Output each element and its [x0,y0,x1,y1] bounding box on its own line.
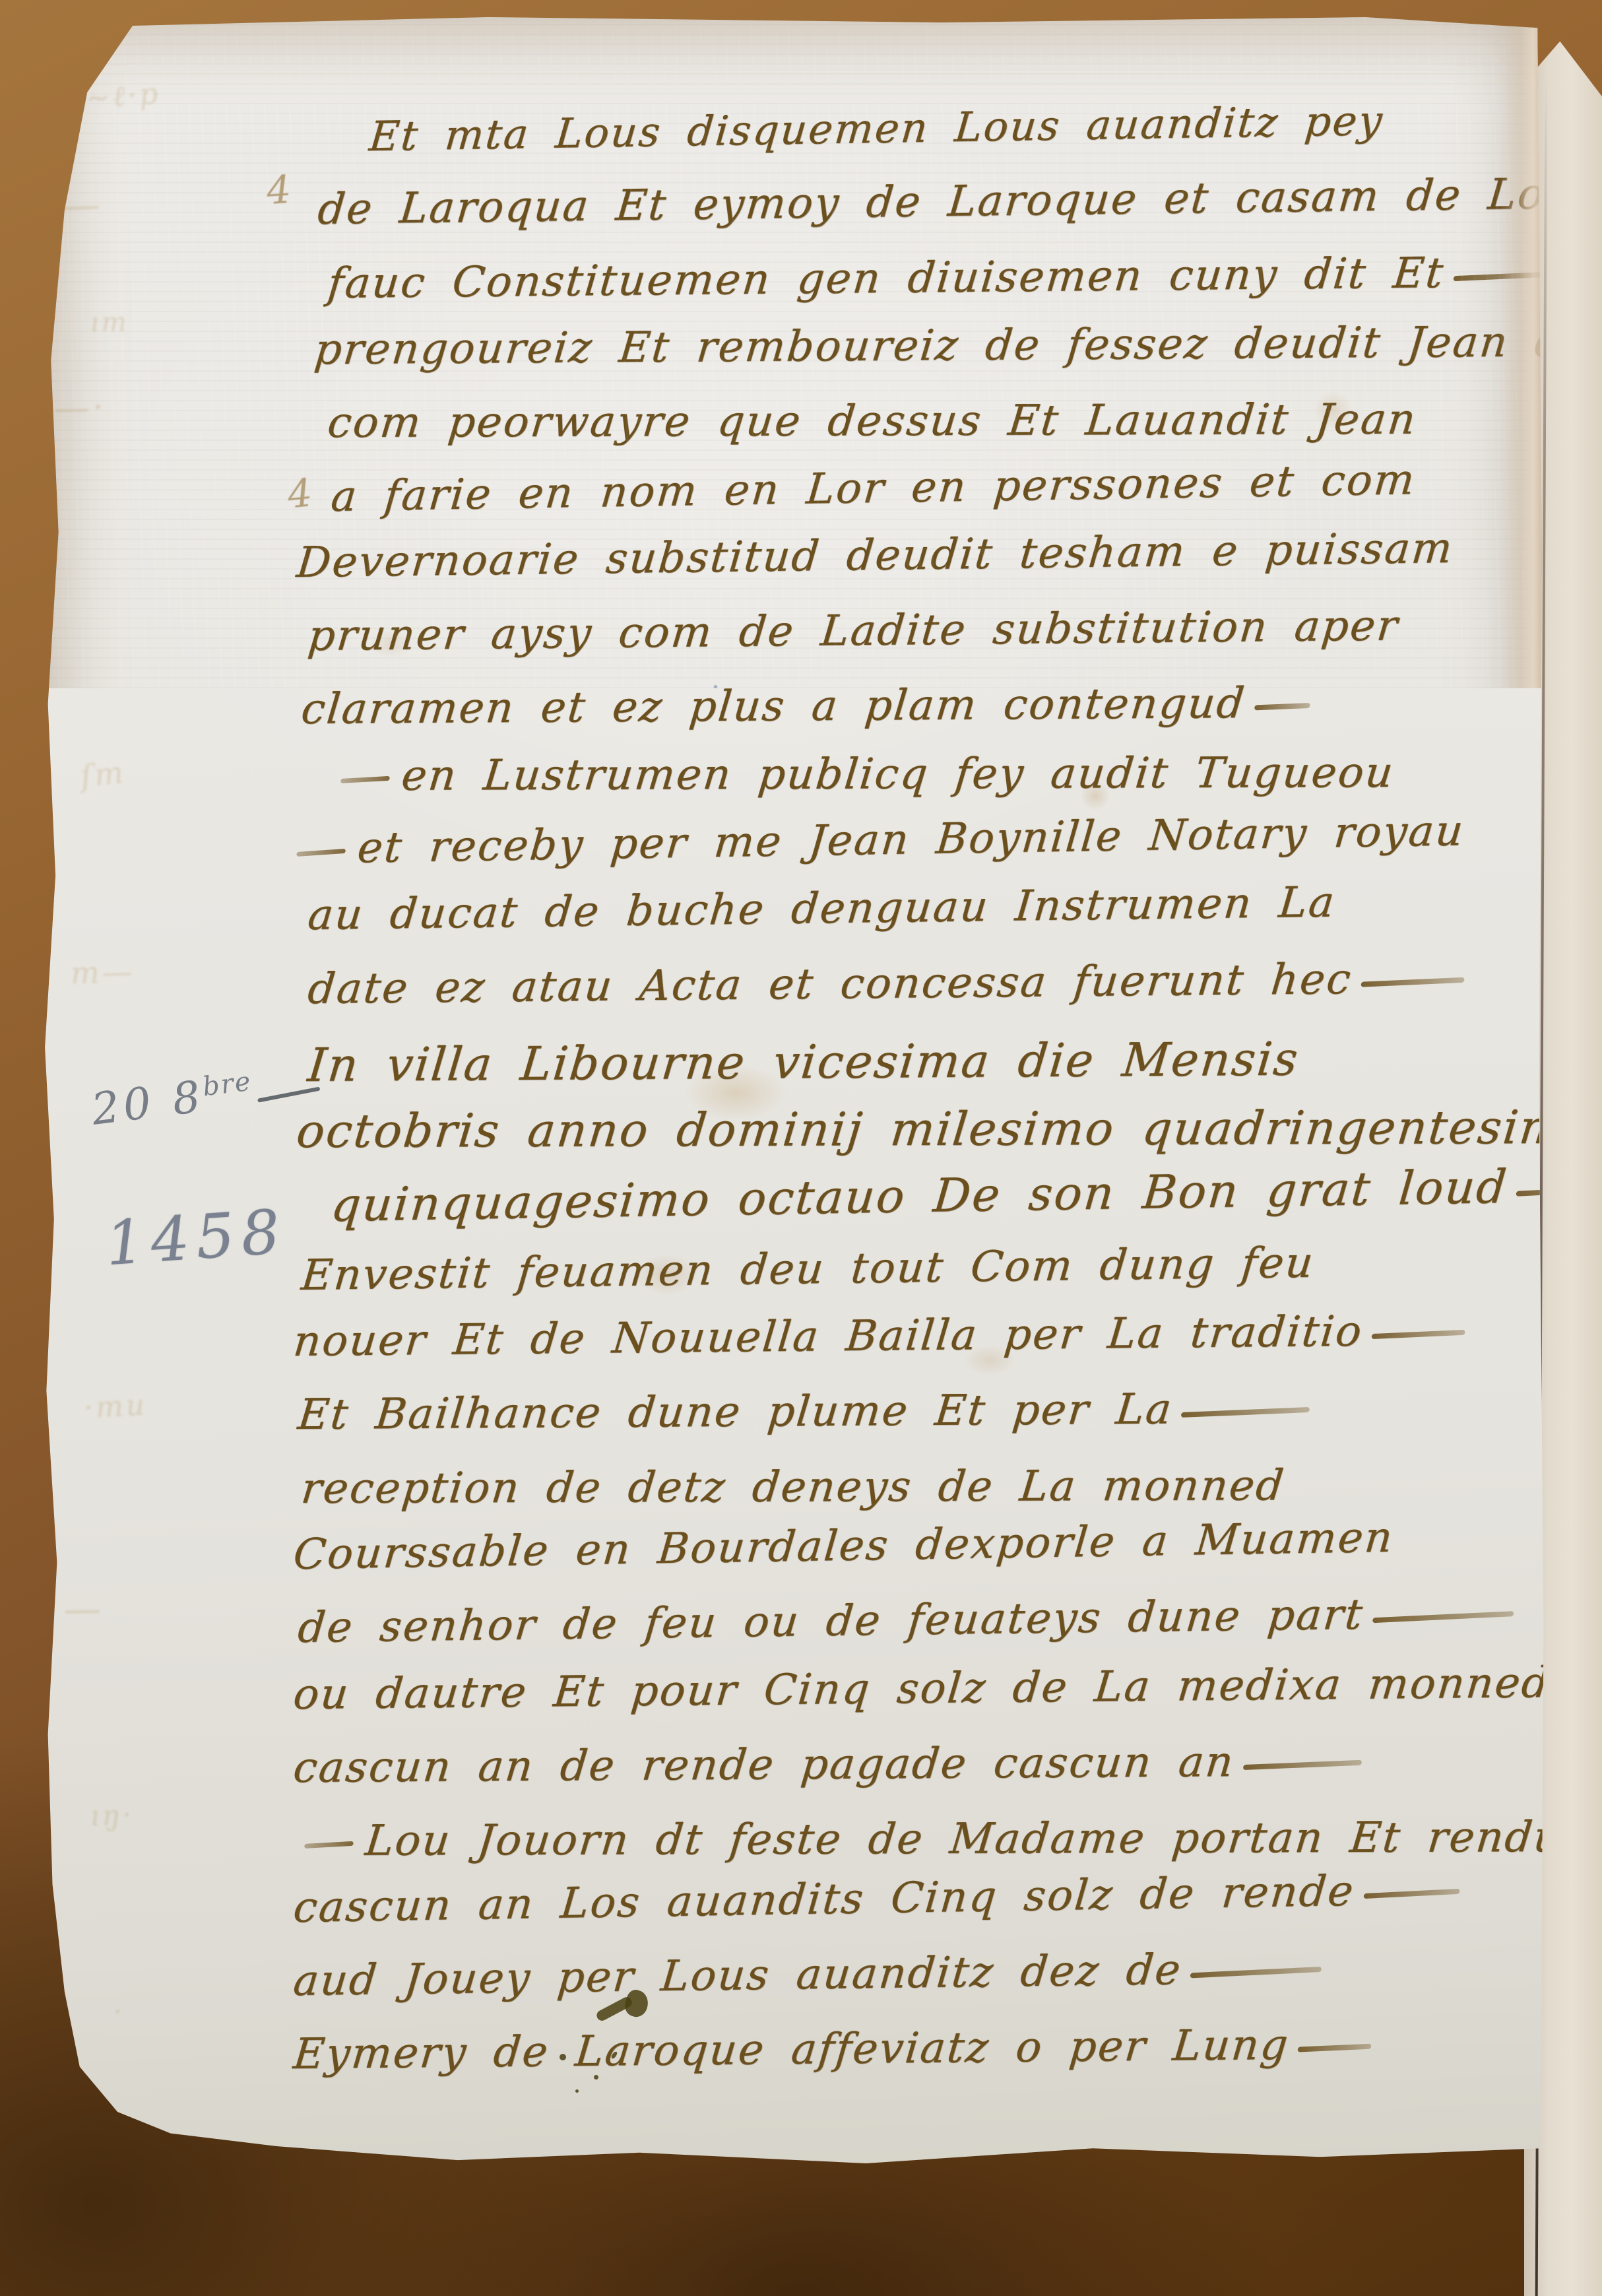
manuscript-line: reception de detz deneys de La monned [299,1461,1287,1513]
manuscript-line: date ez atau Acta et concessa fuerunt he… [305,954,1466,1013]
ink-splatter-blot [622,1988,652,2020]
manuscript-line: Devernoarie substitud deudit tesham e pu… [295,524,1456,587]
line-end-flourish [1243,1760,1362,1770]
manuscript-line: quinquagesimo octauo De son Bon grat lou… [329,1158,1602,1232]
manuscript-line: nouer Et de Nouuella Bailla per La tradi… [291,1306,1467,1366]
manuscript-line: Courssable en Bourdales dexporle a Muame… [292,1513,1396,1579]
line-end-flourish [1361,977,1464,987]
manuscript-line: pruner aysy com de Ladite substitution a… [305,602,1401,661]
margin-dash-stroke [304,1841,354,1849]
line-end-flourish [1190,1967,1322,1978]
manuscript-line: cascun an de rende pagade cascun an [291,1737,1364,1792]
manuscript-line: com peorwayre que dessus Et Lauandit Jea… [325,395,1419,447]
ink-splatter-dot [560,2054,566,2060]
line-end-flourish [1181,1407,1310,1418]
manuscript-line: a farie en nom en Lor en perssones et co… [329,455,1418,521]
line-end-flourish [1372,1611,1514,1623]
manuscript-line: Et Bailhance dune plume Et per La [296,1385,1312,1440]
manuscript-line: de Laroqua Et eymoy de Laroque et casam … [316,169,1602,235]
manuscript-line: de senhor de feu ou de feuateys dune par… [296,1589,1516,1653]
manuscript-line: fauc Constituemen gen diuisemen cuny dit… [325,247,1578,308]
photo-background: ·~ℓ·p—ım—·ſmm—·mu—ıŋ·· 4 4 20 8bre 1458 … [0,0,1602,2296]
manuscript-line: octobris anno dominij milesimo quadringe… [294,1100,1597,1158]
line-end-flourish [1363,1888,1459,1898]
line-end-flourish [1372,1330,1465,1339]
manuscript-page: ·~ℓ·p—ım—·ſmm—·mu—ıŋ·· 4 4 20 8bre 1458 … [34,17,1547,2163]
ink-splatter [496,1990,707,2129]
manuscript-line: In villa Libourne vicesima die Mensis [305,1032,1302,1092]
ink-splatter-dot [575,2089,579,2093]
margin-dash-stroke [340,776,390,783]
manuscript-line: Eymery de Laroque affeviatz o per Lung [291,2020,1374,2079]
line-end-flourish [1254,703,1310,710]
manuscript-line: en Lustrumen publicq fey audit Tugueou [338,748,1397,801]
manuscript-line: Lou Jouorn dt feste de Madame portan Et … [302,1813,1565,1866]
manuscript-line: au ducat de buche denguau Instrumen La [306,878,1338,940]
manuscript-line: aud Jouey per Lous auanditz dez de [292,1944,1324,2006]
line-end-flourish [1298,2044,1372,2052]
manuscript-line: claramen et ez plus a plam contengud [299,679,1312,735]
manuscript-line: Envestit feuamen deu tout Com dung feu [300,1239,1317,1300]
manuscript-line: cascun an Los auandits Cinq solz de rend… [292,1865,1462,1932]
manuscript-line: Et mta Lous disquemen Lous auanditz pey [368,96,1386,160]
manuscript-line: ou dautre Et pour Cinq solz de La medixa… [291,1658,1553,1719]
manuscript-line: prengoureiz Et remboureiz de fessez deud… [312,316,1602,374]
ink-splatter-dot [594,2075,598,2080]
ink-splatter-dot [610,2050,618,2059]
manuscript-line: et receby per me Jean Boynille Notary ro… [295,806,1467,874]
manuscript-text: Et mta Lous disquemen Lous auanditz peyd… [34,17,1547,2163]
margin-dash-stroke [296,849,346,857]
